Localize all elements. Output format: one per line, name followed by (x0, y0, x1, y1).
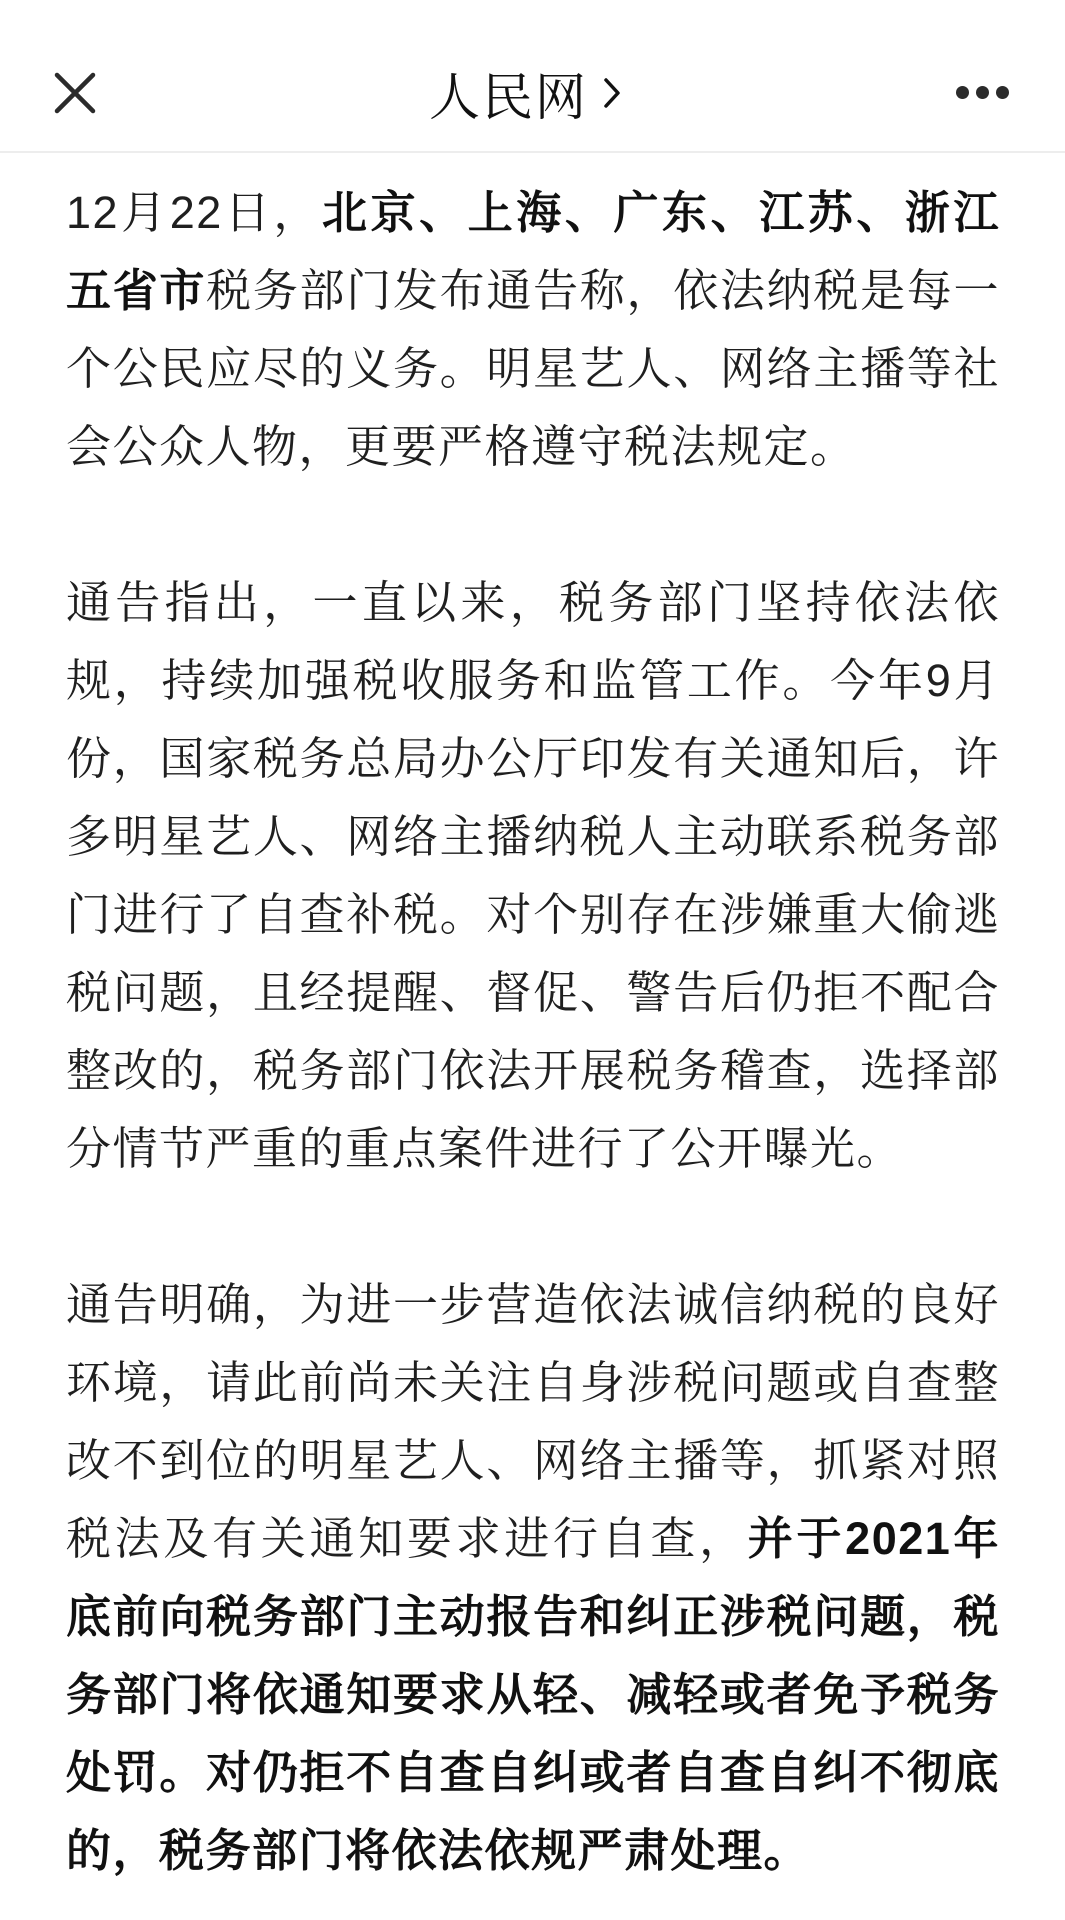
chevron-right-icon (602, 76, 622, 110)
text-run: 12月22日， (66, 187, 322, 238)
more-options-button[interactable] (953, 70, 1013, 116)
ellipsis-icon (976, 86, 989, 99)
titlebar: 人民网 (0, 0, 1065, 153)
text-run: 税务部门发布通告称，依法纳税是每一个公民应尽的义务。明星艺人、网络主播等社会公众… (66, 265, 1000, 472)
source-title[interactable]: 人民网 (429, 56, 622, 130)
text-run: 通告指出，一直以来，税务部门坚持依法依规，持续加强税收服务和监管工作。今年9月份… (66, 577, 1000, 1174)
ellipsis-icon (956, 86, 969, 99)
article-body: 12月22日，北京、上海、广东、江苏、浙江五省市税务部门发布通告称，依法纳税是每… (0, 153, 1065, 1890)
close-button[interactable] (52, 70, 98, 116)
paragraph: 12月22日，北京、上海、广东、江苏、浙江五省市税务部门发布通告称，依法纳税是每… (66, 174, 1000, 486)
ellipsis-icon (996, 86, 1009, 99)
wechat-article-view: 人民网 12月22日，北京、上海、广东、江苏、浙江五省市税务部门发布通告称，依法… (0, 0, 1065, 1920)
page-title: 人民网 (429, 56, 588, 130)
paragraph: 通告明确，为进一步营造依法诚信纳税的良好环境，请此前尚未关注自身涉税问题或自查整… (66, 1266, 1000, 1890)
paragraph: 通告指出，一直以来，税务部门坚持依法依规，持续加强税收服务和监管工作。今年9月份… (66, 564, 1000, 1188)
text-run-bold: 并于2021年底前向税务部门主动报告和纠正涉税问题，税务部门将依通知要求从轻、减… (66, 1513, 1000, 1876)
close-x-icon (53, 71, 97, 115)
